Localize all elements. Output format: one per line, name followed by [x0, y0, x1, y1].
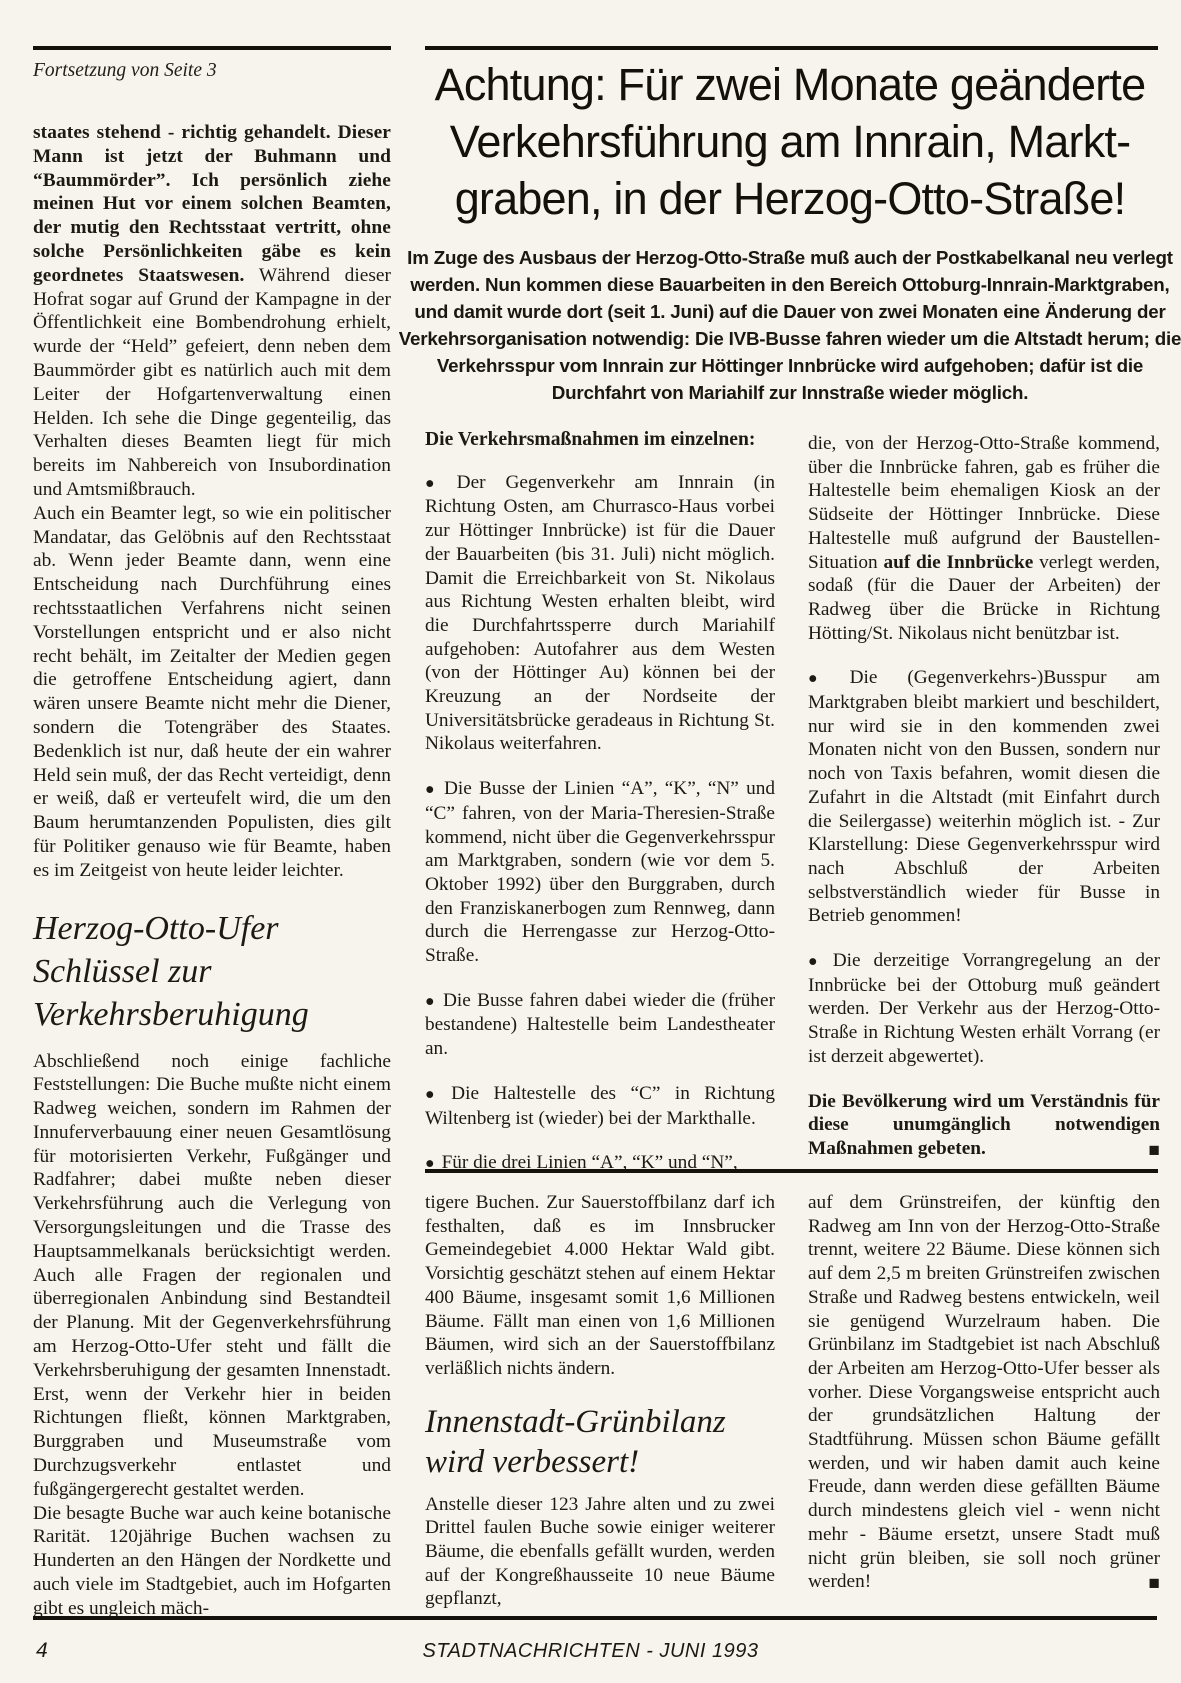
- bullet-item: ●Die Busse der Linien “A”, “K”, “N” und …: [425, 777, 775, 968]
- opinion-lead-rest: Während dieser Hofrat sogar auf Grund de…: [33, 265, 391, 500]
- bullet-icon: ●: [425, 993, 443, 1010]
- green-paragraph-text: auf dem Grünstreifen, der künftig den Ra…: [808, 1192, 1160, 1592]
- headline-line-2: Verkehrsführung am Innrain, Markt-: [410, 113, 1170, 170]
- opinion-lead-paragraph: staates stehend - richtig gehandelt. Die…: [33, 121, 391, 502]
- green-paragraph: auf dem Grünstreifen, der künftig den Ra…: [808, 1191, 1160, 1594]
- continuation-paragraph: die, von der Herzog-Otto-Straße kommend,…: [808, 432, 1160, 645]
- bullet-icon: ●: [425, 475, 457, 492]
- bullet-icon: ●: [425, 781, 444, 798]
- top-rule-right: [425, 46, 1158, 50]
- green-paragraph: Anstelle dieser 123 Jahre alten und zu z…: [425, 1493, 775, 1612]
- bullet-text: Die derzeitige Vorrangregelung an der In…: [808, 950, 1160, 1067]
- bullet-icon: ●: [808, 953, 833, 970]
- newspaper-page: Fortsetzung von Seite 3 staates stehend …: [0, 0, 1181, 1683]
- opinion-subhead: Herzog-Otto-Ufer Schlüssel zur Verkehrsb…: [33, 907, 391, 1036]
- footer-publication: STADTNACHRICHTEN - JUNI 1993: [0, 1640, 1181, 1663]
- headline-line-1: Achtung: Für zwei Monate geänderte: [410, 56, 1170, 113]
- opinion-lead-bold: staates stehend - richtig gehandelt. Die…: [33, 122, 391, 286]
- article-intro: Im Zuge des Ausbaus der Herzog-Otto-Stra…: [398, 244, 1181, 406]
- bullet-text: Die Busse der Linien “A”, “K”, “N” und “…: [425, 778, 775, 966]
- bullet-item: ●Die Haltestelle des “C” in Richtung Wil…: [425, 1082, 775, 1130]
- end-of-article-marker: ■: [1149, 1574, 1160, 1593]
- continuation-note: Fortsetzung von Seite 3: [33, 60, 217, 82]
- bullet-item: ●Der Gegenverkehr am Innrain (in Richtun…: [425, 471, 775, 756]
- continuation-bold: auf die Innbrücke: [883, 552, 1033, 573]
- end-of-article-marker: ■: [1149, 1141, 1160, 1160]
- bullet-icon: ●: [808, 670, 850, 687]
- opinion-paragraph: Abschließend noch einige fachliche Fests…: [33, 1050, 391, 1502]
- green-article-column-right: auf dem Grünstreifen, der künftig den Ra…: [808, 1191, 1160, 1594]
- bullet-text: Die (Gegenverkehrs-)Busspur am Marktgrab…: [808, 667, 1160, 926]
- green-paragraph: tigere Buchen. Zur Sauerstoffbilanz darf…: [425, 1191, 775, 1381]
- closing-appeal-text: Die Bevölkerung wird um Verständnis für …: [808, 1091, 1160, 1159]
- opinion-column: staates stehend - richtig gehandelt. Die…: [33, 121, 391, 1621]
- green-subhead: Innenstadt-Grünbilanz wird verbessert!: [425, 1402, 775, 1482]
- bullet-item: ●Die Busse fahren dabei wieder die (früh…: [425, 989, 775, 1061]
- bullet-item: ●Die (Gegenverkehrs-)Busspur am Marktgra…: [808, 666, 1160, 928]
- bullet-text: Die Haltestelle des “C” in Richtung Wilt…: [425, 1083, 775, 1129]
- measures-heading: Die Verkehrsmaßnahmen im einzelnen:: [425, 428, 775, 452]
- bullet-item: ●Die derzeitige Vorrangregelung an der I…: [808, 949, 1160, 1069]
- measures-column: Die Verkehrsmaßnahmen im einzelnen: ●Der…: [425, 428, 775, 1176]
- headline-line-3: graben, in der Herzog-Otto-Straße!: [410, 170, 1170, 227]
- opinion-paragraph: Die besagte Buche war auch keine botanis…: [33, 1502, 391, 1621]
- top-rule-left: [33, 46, 391, 50]
- opinion-paragraph: Auch ein Beamter legt, so wie ein politi…: [33, 502, 391, 883]
- footer-rule: [33, 1616, 1157, 1620]
- measures-column-right: die, von der Herzog-Otto-Straße kommend,…: [808, 432, 1160, 1161]
- article-headline: Achtung: Für zwei Monate geänderte Verke…: [410, 56, 1170, 227]
- closing-appeal: Die Bevölkerung wird um Verständnis für …: [808, 1090, 1160, 1161]
- section-divider-rule: [425, 1169, 1158, 1173]
- bullet-text: Die Busse fahren dabei wieder die (frühe…: [425, 990, 775, 1059]
- bullet-text: Der Gegenverkehr am Innrain (in Richtung…: [425, 472, 775, 755]
- bullet-icon: ●: [425, 1086, 451, 1103]
- green-article-column-left: tigere Buchen. Zur Sauerstoffbilanz darf…: [425, 1191, 775, 1611]
